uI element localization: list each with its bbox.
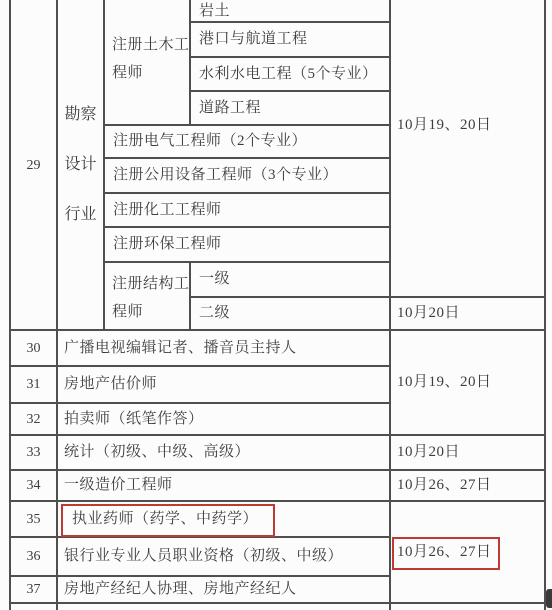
row-number: 36 <box>10 537 57 576</box>
specialty-name: 港口与航道工程 <box>199 22 389 57</box>
specialty-name: 道路工程 <box>199 91 389 125</box>
row-number: 35 <box>10 501 57 537</box>
highlight-box-date <box>392 537 500 570</box>
level-name: 一级 <box>199 262 389 297</box>
exam-name: 房地产经纪人协理、房地产经纪人 <box>64 576 389 603</box>
category-line: 勘察 <box>64 90 96 140</box>
exam-name: 一级造价工程师 <box>64 470 389 501</box>
exam-name: 注册公用设备工程师（3个专业） <box>113 158 389 193</box>
exam-schedule-table: 29 勘察 设计 行业 注册土木工程师 岩土 港口与航道工程 水利水电工程（5个… <box>0 0 552 610</box>
row-number: 29 <box>10 0 57 330</box>
exam-name: 统计（初级、中级、高级） <box>64 435 389 470</box>
category-label: 勘察 设计 行业 <box>57 40 104 290</box>
exam-name-structural-engineer: 注册结构工程师 <box>112 270 190 328</box>
exam-name: 注册电气工程师（2个专业） <box>113 125 389 158</box>
exam-date-cell: 10月19、20日 <box>397 0 545 250</box>
exam-name: 注册化工工程师 <box>113 193 389 227</box>
exam-date-cell: 10月26、27日 <box>397 470 545 501</box>
exam-name-civil-engineer: 注册土木工程师 <box>112 31 190 125</box>
exam-name: 注册环保工程师 <box>113 227 389 262</box>
row-number: 31 <box>10 366 57 403</box>
exam-name: 房地产估价师 <box>64 366 389 403</box>
specialty-name: 岩土 <box>199 0 389 22</box>
specialty-name: 水利水电工程（5个专业） <box>199 57 389 91</box>
exam-date-cell: 10月20日 <box>397 297 545 330</box>
category-line: 行业 <box>64 190 96 240</box>
exam-name: 拍卖师（纸笔作答） <box>64 403 389 435</box>
exam-date-cell: 10月19、20日 <box>397 330 545 435</box>
row-number: 37 <box>10 576 57 603</box>
row-number: 34 <box>10 470 57 501</box>
exam-name: 广播电视编辑记者、播音员主持人 <box>64 330 389 366</box>
category-line: 设计 <box>64 140 96 190</box>
watermark-fragment <box>546 589 552 608</box>
row-number: 30 <box>10 330 57 366</box>
row-number: 33 <box>10 435 57 470</box>
exam-date-cell: 10月20日 <box>397 435 545 470</box>
exam-name: 银行业专业人员职业资格（初级、中级） <box>64 537 389 576</box>
highlight-box-pharmacist <box>61 504 275 537</box>
row-number: 32 <box>10 403 57 435</box>
level-name: 二级 <box>199 297 389 330</box>
